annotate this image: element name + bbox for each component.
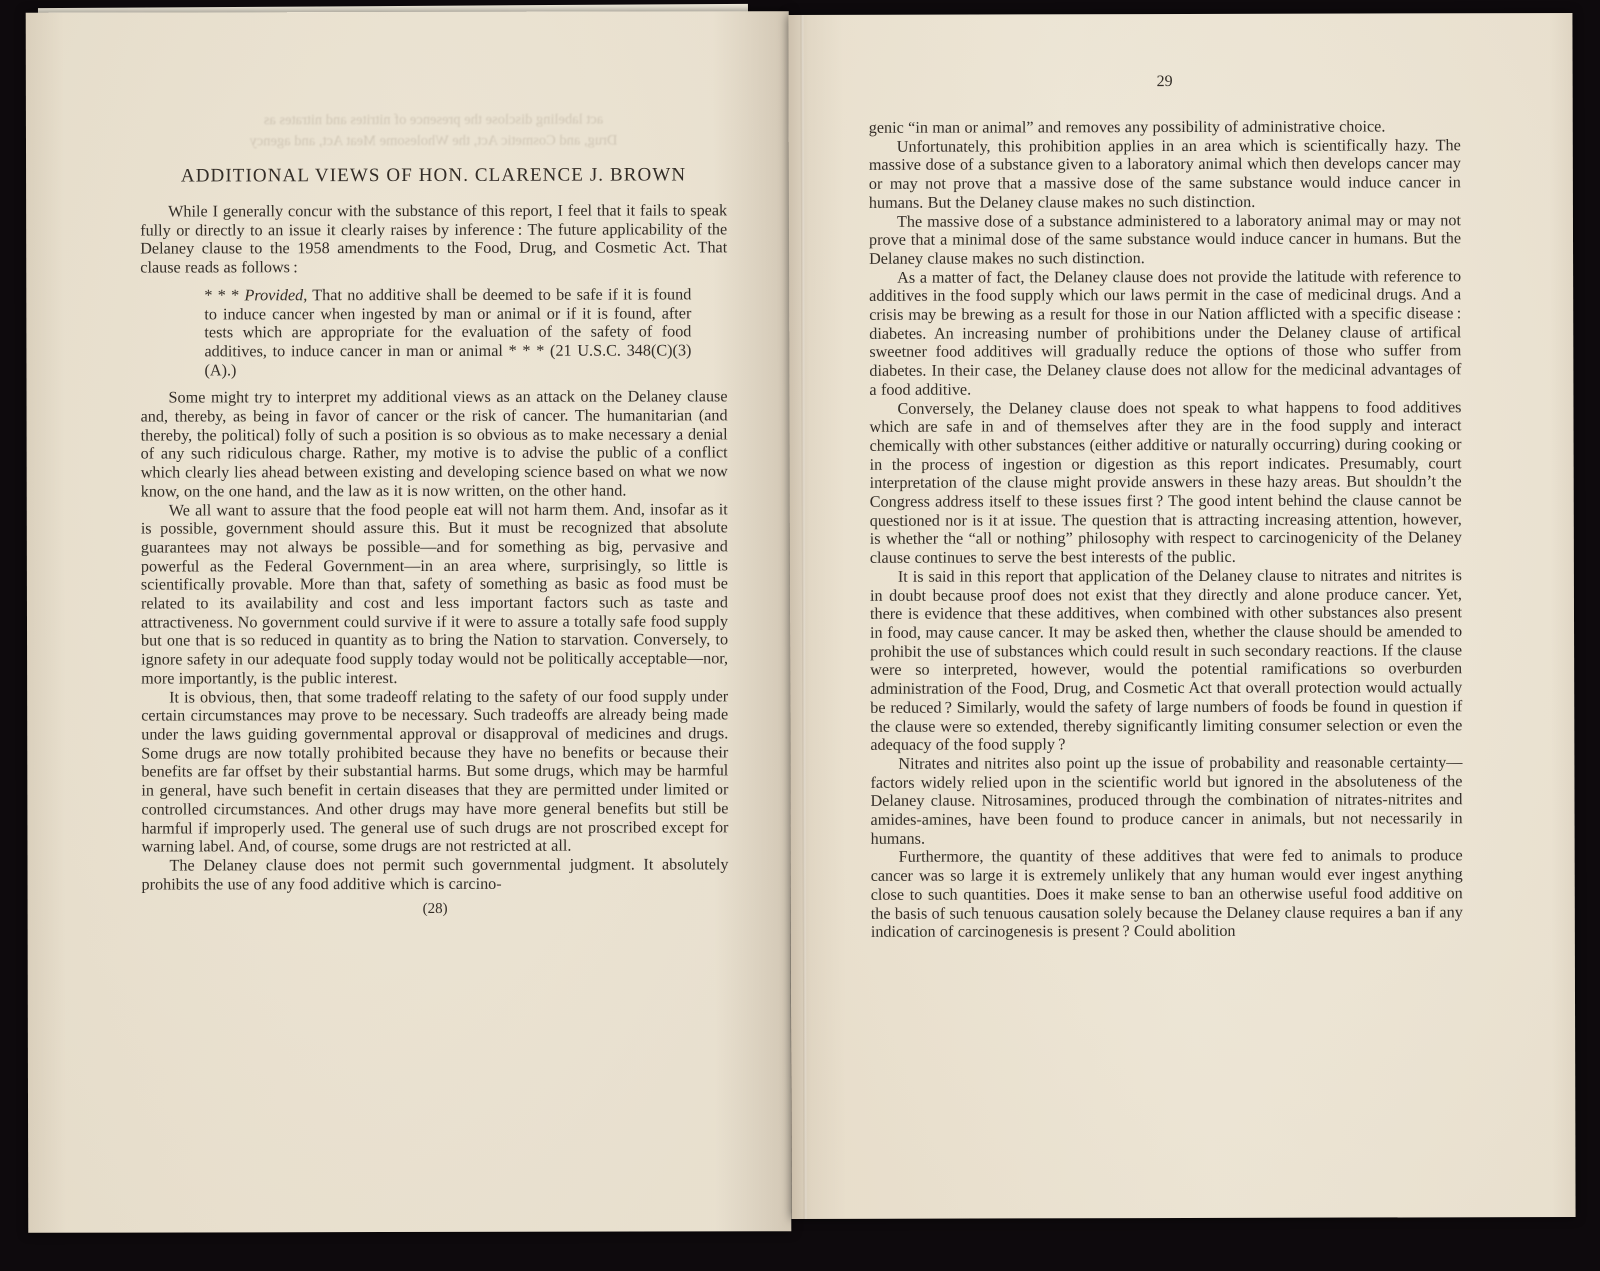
page-right: 29 genic “in man or animal” and removes … <box>788 13 1575 1219</box>
body-paragraph: Conversely, the Delaney clause does not … <box>869 398 1461 568</box>
right-page-body: genic “in man or animal” and removes any… <box>869 117 1463 941</box>
ghost-showthrough-text: act labeling disclose the presence of ni… <box>140 109 727 152</box>
body-paragraph: genic “in man or animal” and removes any… <box>869 117 1461 137</box>
page-left: act labeling disclose the presence of ni… <box>26 11 792 1233</box>
left-page-body: While I generally concur with the substa… <box>140 201 728 894</box>
body-paragraph: Some might try to interpret my additiona… <box>141 388 728 501</box>
body-paragraph: The massive dose of a substance administ… <box>869 211 1461 269</box>
body-paragraph: Unfortunately, this prohibition applies … <box>869 136 1461 212</box>
blockquote-statute-text: * * * Provided, That no additive shall b… <box>204 285 691 380</box>
body-paragraph: Furthermore, the quantity of these addit… <box>871 847 1463 942</box>
body-paragraph: It is said in this report that applicati… <box>870 566 1462 755</box>
spine-crease <box>800 15 807 1219</box>
right-page-text-column: 29 genic “in man or animal” and removes … <box>869 71 1463 941</box>
left-page-text-column: act labeling disclose the presence of ni… <box>140 109 729 919</box>
folio-page-number: (28) <box>142 901 729 919</box>
page-number: 29 <box>869 71 1461 93</box>
body-paragraph: It is obvious, then, that some tradeoff … <box>141 687 728 857</box>
body-paragraph: The Delaney clause does not permit such … <box>141 855 728 894</box>
body-paragraph: As a matter of fact, the Delaney clause … <box>869 267 1461 399</box>
page-title: ADDITIONAL VIEWS OF HON. CLARENCE J. BRO… <box>140 163 727 188</box>
ghost-showthrough-line: act labeling disclose the presence of ni… <box>140 109 727 131</box>
body-paragraph: We all want to assure that the food peop… <box>141 500 728 688</box>
ghost-showthrough-line: Drug, and Cosmetic Act, the Wholesome Me… <box>140 130 727 152</box>
body-paragraph: While I generally concur with the substa… <box>140 201 727 277</box>
scan-background: act labeling disclose the presence of ni… <box>0 0 1600 1271</box>
body-paragraph: Nitrates and nitrites also point up the … <box>870 753 1462 848</box>
